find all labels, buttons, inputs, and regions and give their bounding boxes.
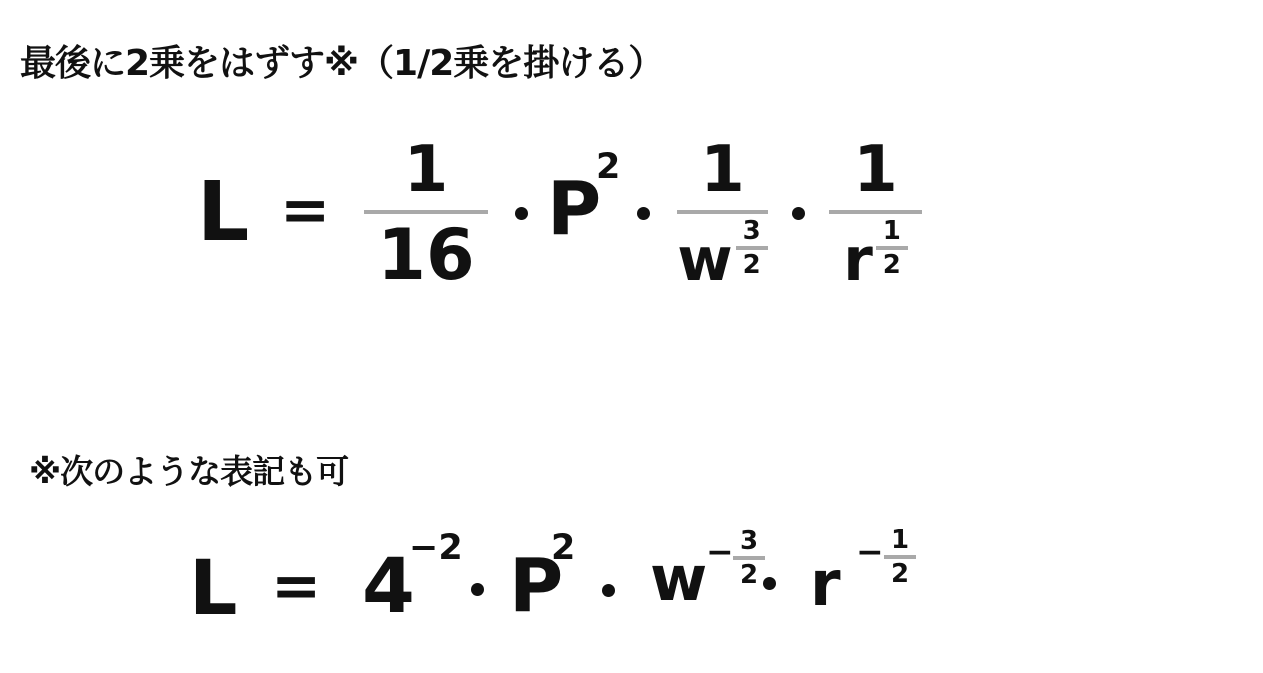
exponent-denominator: 2 <box>740 562 758 588</box>
note-page: 最後に2乗をはずす※（1/2乗を掛ける） L = 1 16 P 2 1 w 3 … <box>0 0 1263 673</box>
w-exponent-fraction: 3 2 <box>733 528 765 588</box>
multiplication-dot-icon <box>602 584 615 597</box>
r-exponent-fraction: 1 2 <box>884 527 916 587</box>
eq2-lhs: L <box>189 550 237 626</box>
exponent-numerator: 3 <box>740 528 758 554</box>
eq2-r-base: r <box>810 553 841 615</box>
eq2-p-exponent: 2 <box>551 531 575 566</box>
eq2-four-base: 4 <box>362 548 415 624</box>
eq2-four-exponent: −2 <box>409 531 463 566</box>
eq2-r-exponent-sign: − <box>856 535 884 568</box>
exponent-denominator: 2 <box>891 561 909 587</box>
exponent-numerator: 1 <box>891 527 909 553</box>
eq2-w-exponent-sign: − <box>706 535 734 568</box>
equation-exponent-form: L = 4 −2 P 2 w − 3 2 r − 1 2 <box>0 0 1263 673</box>
multiplication-dot-icon <box>763 577 776 590</box>
multiplication-dot-icon <box>471 583 484 596</box>
eq2-w-base: w <box>650 548 707 610</box>
eq2-equals-sign: = <box>271 556 321 616</box>
